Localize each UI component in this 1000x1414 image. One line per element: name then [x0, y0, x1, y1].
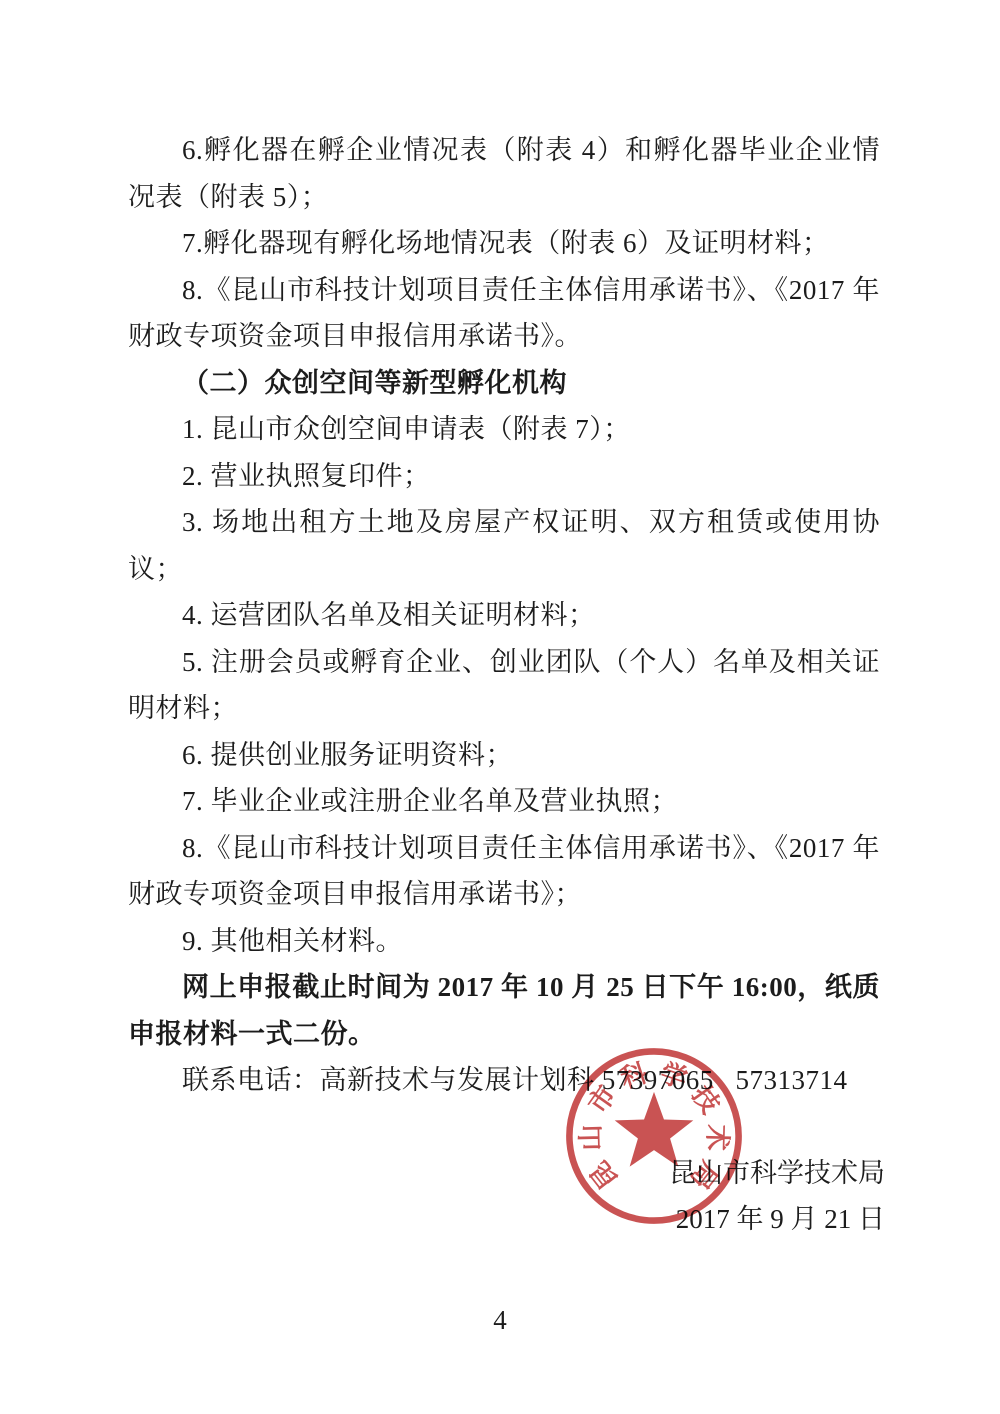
signature-org: 昆山市科学技术局: [0, 1150, 885, 1197]
paragraph: 3. 场地出租方土地及房屋产权证明、双方租赁或使用协议；: [128, 499, 880, 592]
paragraph: 7.孵化器现有孵化场地情况表（附表 6）及证明材料；: [128, 220, 880, 267]
paragraph: 1. 昆山市众创空间申请表（附表 7）；: [128, 406, 880, 453]
svg-text:术: 术: [702, 1123, 732, 1152]
paragraph: 联系电话：高新技术与发展计划科 57397065 57313714: [128, 1057, 880, 1104]
paragraph: 5. 注册会员或孵育企业、创业团队（个人）名单及相关证明材料；: [128, 639, 880, 732]
document-page: 6.孵化器在孵企业情况表（附表 4）和孵化器毕业企业情况表（附表 5）；7.孵化…: [0, 0, 1000, 1414]
page-footer: 4: [0, 1300, 1000, 1340]
paragraph: 2. 营业执照复印件；: [128, 453, 880, 500]
paragraph: 4. 运营团队名单及相关证明材料；: [128, 592, 880, 639]
paragraph: 7. 毕业企业或注册企业名单及营业执照；: [128, 778, 880, 825]
signature-date: 2017 年 9 月 21 日: [0, 1196, 885, 1243]
paragraph: 网上申报截止时间为 2017 年 10 月 25 日下午 16:00，纸质申报材…: [128, 964, 880, 1057]
signature-block: 昆山市科学技术局 2017 年 9 月 21 日: [0, 1150, 1000, 1243]
document-body: 6.孵化器在孵企业情况表（附表 4）和孵化器毕业企业情况表（附表 5）；7.孵化…: [0, 0, 1000, 1104]
paragraph: 8.《昆山市科技计划项目责任主体信用承诺书》、《2017 年财政专项资金项目申报…: [128, 825, 880, 918]
page-number: 4: [493, 1305, 507, 1335]
paragraph: 6. 提供创业服务证明资料；: [128, 732, 880, 779]
paragraph: 6.孵化器在孵企业情况表（附表 4）和孵化器毕业企业情况表（附表 5）；: [128, 127, 880, 220]
paragraph: 9. 其他相关材料。: [128, 918, 880, 965]
paragraph: 8.《昆山市科技计划项目责任主体信用承诺书》、《2017 年财政专项资金项目申报…: [128, 267, 880, 360]
svg-text:山: 山: [576, 1124, 606, 1151]
paragraph: （二）众创空间等新型孵化机构: [128, 360, 880, 407]
